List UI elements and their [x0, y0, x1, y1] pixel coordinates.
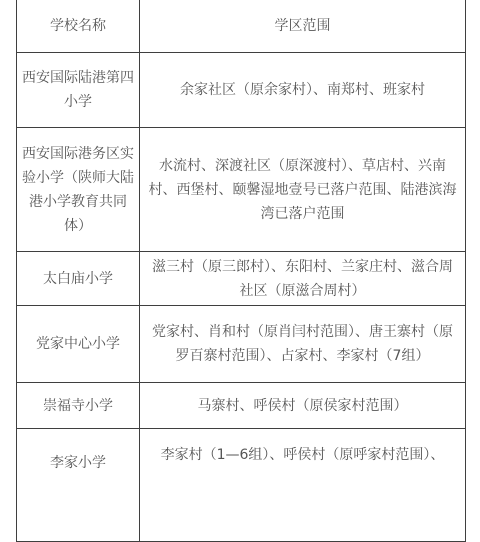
table-header-row: 学校名称 学区范围: [17, 0, 466, 53]
header-school-name: 学校名称: [17, 0, 140, 53]
school-name-cell: 李家小学: [17, 429, 140, 481]
table-row: 西安国际港务区实验小学（陕师大陆港小学教育共同体） 水流村、深渡社区（原深渡村）…: [17, 128, 466, 252]
header-district-range: 学区范围: [140, 0, 466, 53]
table-row: 西安国际陆港第四小学 余家社区（原余家村）、南郑村、班家村: [17, 53, 466, 128]
district-range-cell: 滋三村（原三郎村）、东阳村、兰家庄村、滋合周社区（原滋合周村）: [140, 252, 466, 306]
district-range-cell: 余家社区（原余家村）、南郑村、班家村: [140, 53, 466, 128]
district-range-cell: 水流村、深渡社区（原深渡村）、草店村、兴南村、西堡村、颐馨湿地壹号已落户范围、陆…: [140, 128, 466, 252]
school-name-cell: 太白庙小学: [17, 252, 140, 306]
table-row: 太白庙小学 滋三村（原三郎村）、东阳村、兰家庄村、滋合周社区（原滋合周村）: [17, 252, 466, 306]
school-name-cell: 西安国际陆港第四小学: [17, 53, 140, 128]
district-range-cell: 马寨村、呼侯村（原侯家村范围）: [140, 383, 466, 429]
district-range-cell: 党家村、肖和村（原肖闫村范围）、唐王寨村（原罗百寨村范围）、占家村、李家村（7组…: [140, 306, 466, 383]
table-row: 李家小学 李家村（1—6组）、呼侯村（原呼家村范围）、: [17, 429, 466, 481]
district-range-cell: 李家村（1—6组）、呼侯村（原呼家村范围）、: [140, 429, 466, 481]
school-district-table-container: 学校名称 学区范围 西安国际陆港第四小学 余家社区（原余家村）、南郑村、班家村 …: [16, 0, 465, 480]
table-row: 党家中心小学 党家村、肖和村（原肖闫村范围）、唐王寨村（原罗百寨村范围）、占家村…: [17, 306, 466, 383]
school-name-cell: 党家中心小学: [17, 306, 140, 383]
school-name-cell: 西安国际港务区实验小学（陕师大陆港小学教育共同体）: [17, 128, 140, 252]
school-district-table: 学校名称 学区范围 西安国际陆港第四小学 余家社区（原余家村）、南郑村、班家村 …: [16, 0, 466, 480]
table-row: 崇福寺小学 马寨村、呼侯村（原侯家村范围）: [17, 383, 466, 429]
school-name-cell: 崇福寺小学: [17, 383, 140, 429]
